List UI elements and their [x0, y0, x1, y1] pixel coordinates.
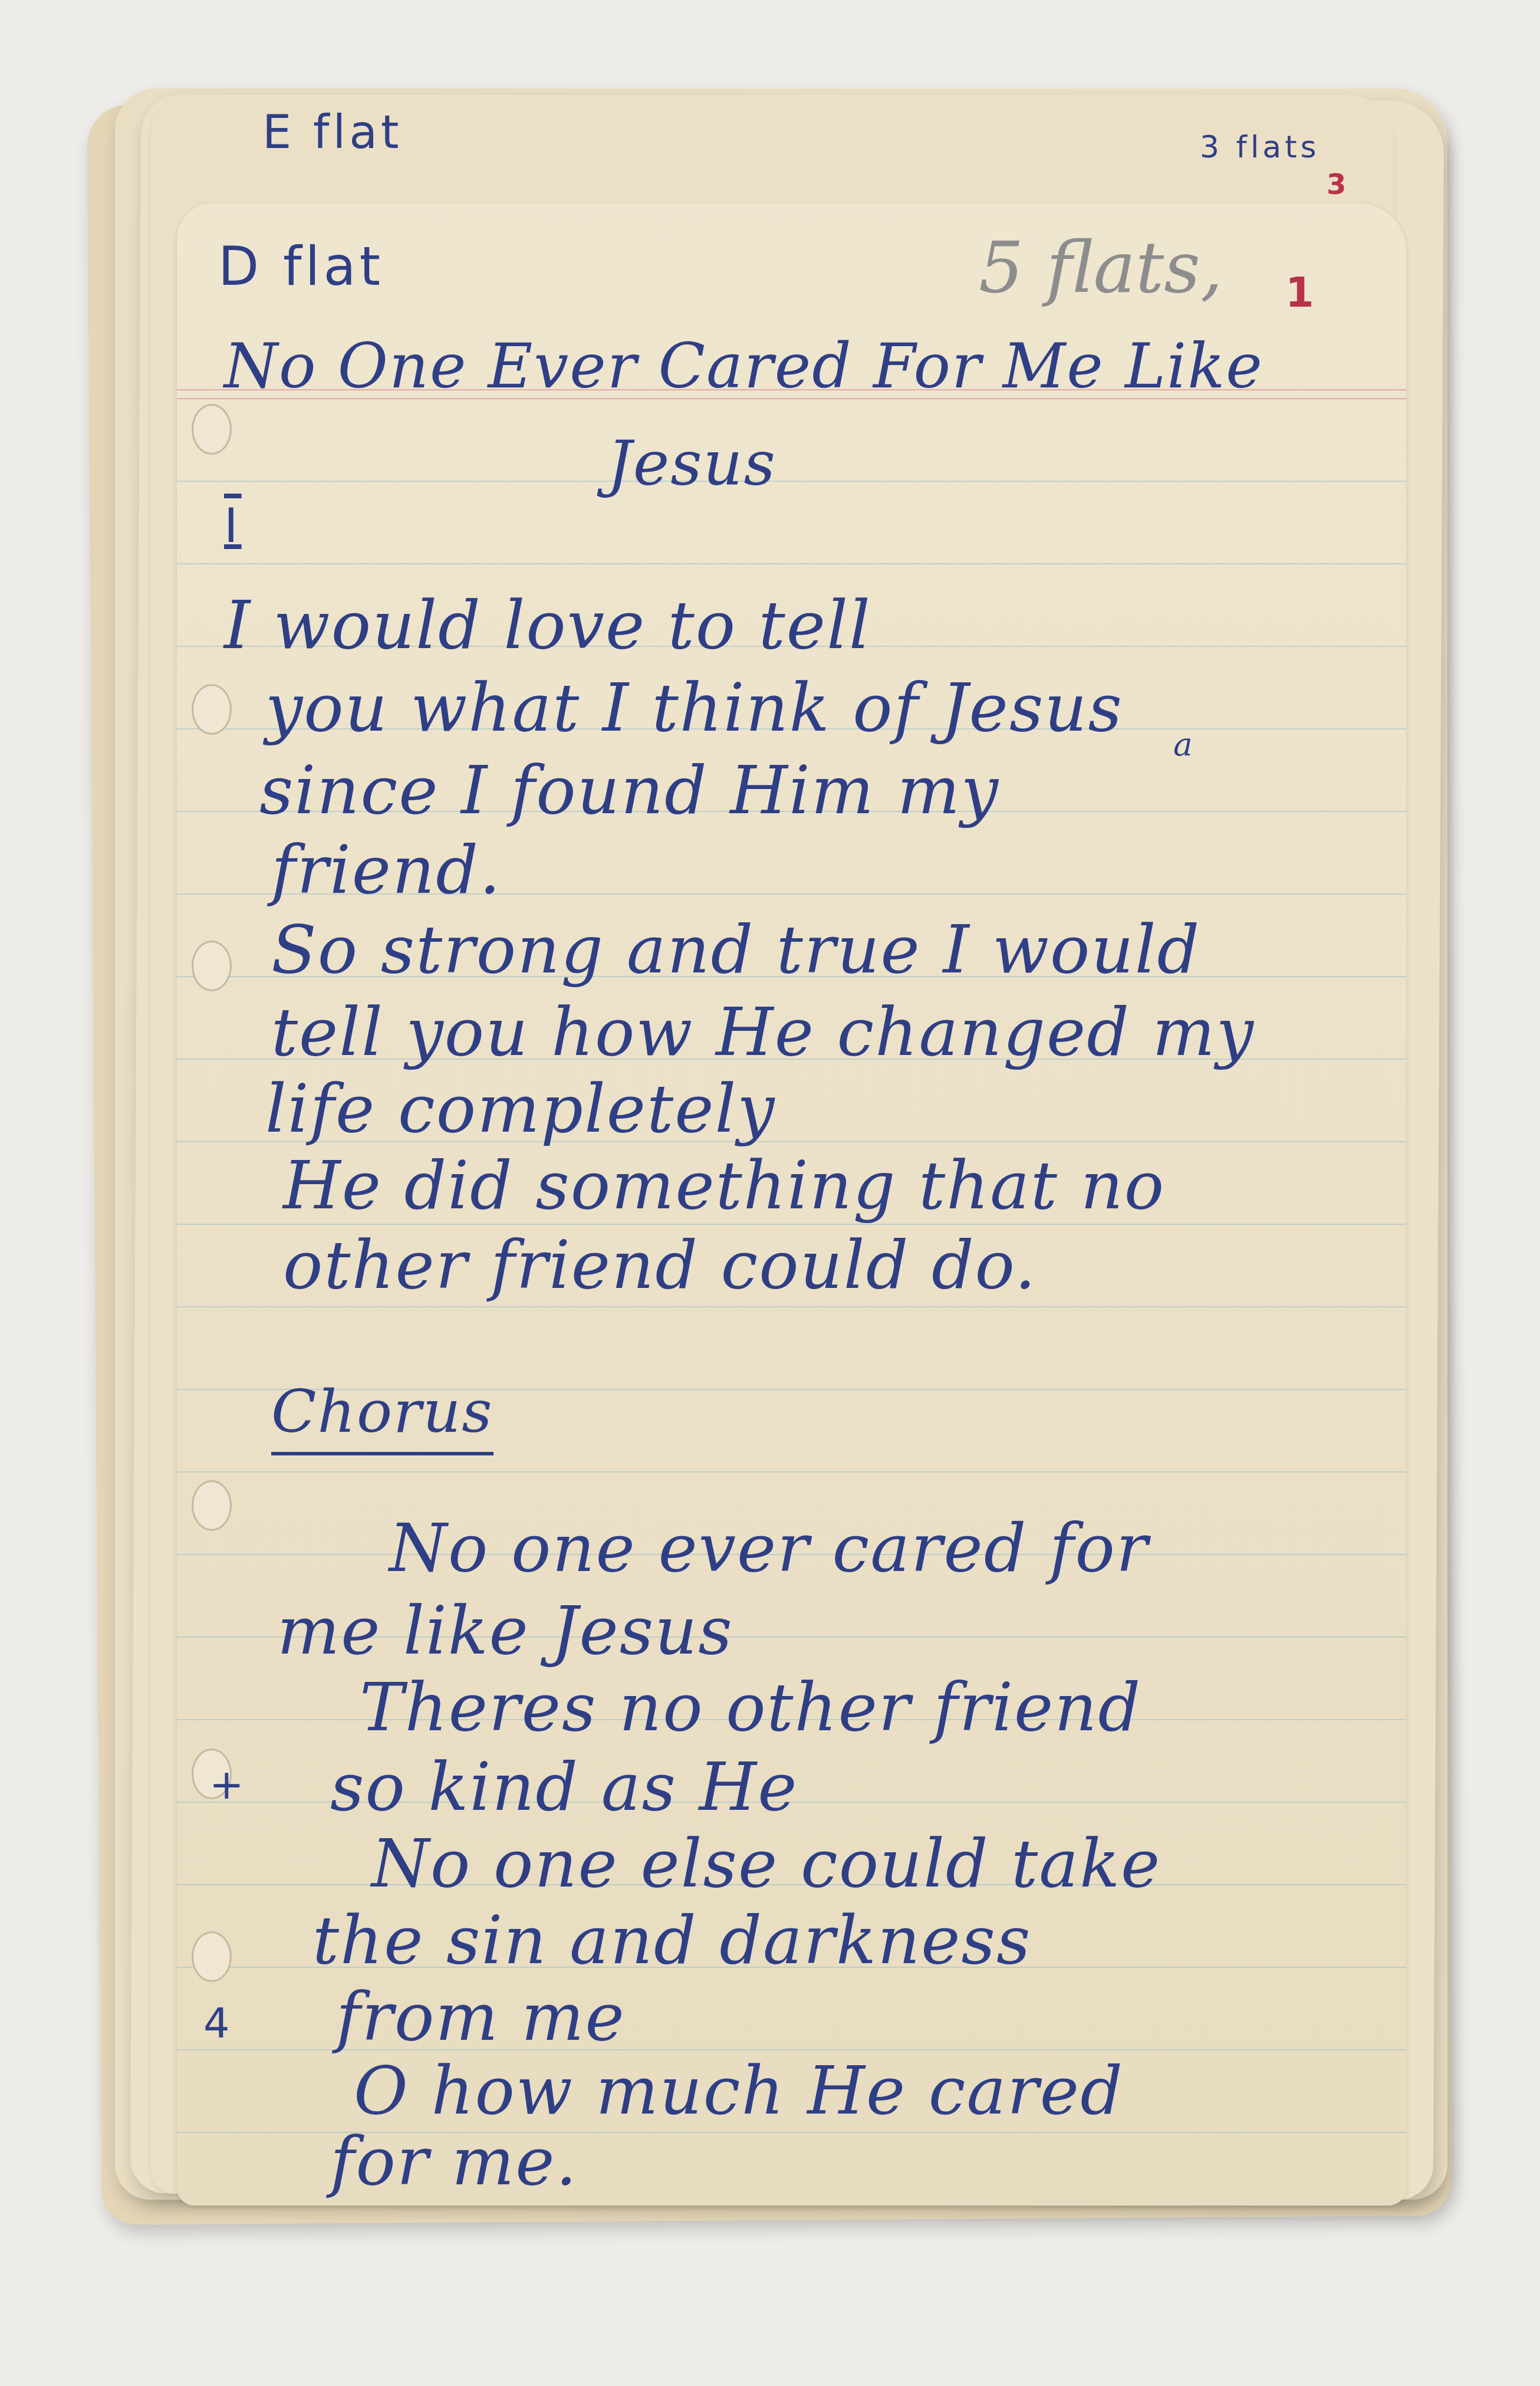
key-label: D flat — [218, 236, 384, 298]
chorus-line: No one else could take — [371, 1831, 1161, 1897]
verse-line: life completely — [265, 1076, 776, 1142]
binder-hole — [192, 941, 232, 991]
red-pencil-mark: 1 — [1285, 268, 1314, 317]
verse-line: friend. — [271, 837, 502, 903]
margin-mark: + — [209, 1760, 248, 1809]
verse-line: tell you how He changed my — [271, 1000, 1255, 1066]
ruled-line — [177, 481, 1406, 482]
chorus-line: me like Jesus — [277, 1598, 733, 1664]
binder-hole — [192, 1480, 232, 1531]
chorus-line: Theres no other friend — [360, 1675, 1141, 1741]
margin-mark: 4 — [203, 1999, 233, 2048]
ruled-line — [177, 563, 1406, 564]
binder-hole — [192, 404, 232, 455]
song-title-line-2: Jesus — [607, 428, 776, 499]
key-signature-note: 5 flats, — [979, 227, 1223, 309]
back-page-key-signature-note: 3 flats — [1200, 130, 1320, 165]
ruled-line — [177, 1306, 1406, 1307]
verse-line: He did something that no — [283, 1153, 1165, 1219]
chorus-line: O how much He cared — [354, 2058, 1124, 2124]
chorus-line: from me — [336, 1984, 626, 2050]
back-page-red-mark: 3 — [1327, 168, 1346, 201]
chorus-heading: Chorus — [271, 1377, 493, 1455]
chorus-line: the sin and darkness — [312, 1908, 1032, 1974]
verse-number: I — [224, 498, 242, 553]
back-page-key-label: E flat — [262, 106, 403, 159]
song-title-line-1: No One Ever Cared For Me Like — [224, 330, 1263, 402]
ruled-line — [177, 1471, 1406, 1473]
verse-line: So strong and true I would — [271, 917, 1200, 983]
verse-line: you what I think of Jesus — [265, 675, 1123, 741]
verse-line: other friend could do. — [283, 1233, 1037, 1299]
verse-line: since I found Him my — [259, 758, 999, 824]
chorus-line: so kind as He — [330, 1754, 798, 1820]
notebook-page: D flat 5 flats, 1 No One Ever Cared For … — [177, 203, 1406, 2206]
insertion-mark: a — [1173, 725, 1194, 763]
binder-hole — [192, 684, 232, 735]
chorus-line: No one ever cared for — [389, 1516, 1149, 1582]
verse-line: I would love to tell — [224, 593, 871, 659]
binder-hole — [192, 1931, 232, 1982]
chorus-line: for me. — [330, 2129, 578, 2195]
